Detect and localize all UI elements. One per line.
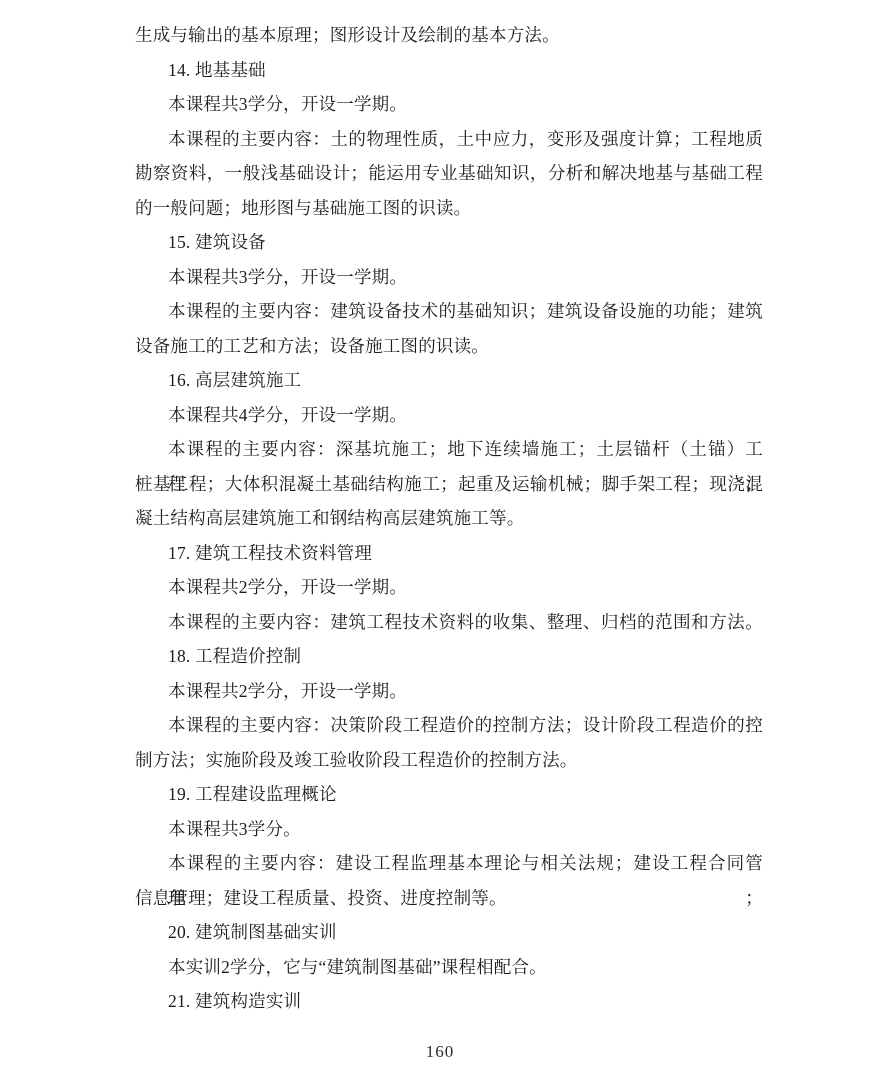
- text-line: 17. 建筑工程技术资料管理: [135, 536, 763, 571]
- text-line: 本课程共3学分，开设一学期。: [135, 87, 763, 122]
- text-line: 本课程的主要内容：深基坑施工；地下连续墙施工；土层锚杆（土锚）工程；: [135, 432, 763, 467]
- text-line: 设备施工的工艺和方法；设备施工图的识读。: [135, 329, 763, 364]
- text-line: 本课程的主要内容：土的物理性质，土中应力，变形及强度计算；工程地质: [135, 122, 763, 157]
- text-line: 21. 建筑构造实训: [135, 984, 763, 1019]
- document-text-block: 生成与输出的基本原理；图形设计及绘制的基本方法。14. 地基基础本课程共3学分，…: [135, 18, 763, 1019]
- text-line: 本课程共2学分，开设一学期。: [135, 570, 763, 605]
- text-line: 本课程共4学分，开设一学期。: [135, 398, 763, 433]
- text-line: 19. 工程建设监理概论: [135, 777, 763, 812]
- page-number: 160: [0, 1042, 880, 1062]
- text-line: 凝土结构高层建筑施工和钢结构高层建筑施工等。: [135, 501, 763, 536]
- text-line: 本课程共3学分。: [135, 812, 763, 847]
- text-line: 勘察资料，一般浅基础设计；能运用专业基础知识，分析和解决地基与基础工程: [135, 156, 763, 191]
- text-line: 本课程的主要内容：建筑工程技术资料的收集、整理、归档的范围和方法。: [135, 605, 763, 640]
- text-line: 15. 建筑设备: [135, 225, 763, 260]
- text-line: 生成与输出的基本原理；图形设计及绘制的基本方法。: [135, 18, 763, 53]
- text-line: 18. 工程造价控制: [135, 639, 763, 674]
- text-line: 本课程的主要内容：决策阶段工程造价的控制方法；设计阶段工程造价的控: [135, 708, 763, 743]
- text-line: 桩基工程；大体积混凝土基础结构施工；起重及运输机械；脚手架工程；现浇混: [135, 467, 763, 502]
- document-page: 生成与输出的基本原理；图形设计及绘制的基本方法。14. 地基基础本课程共3学分，…: [0, 0, 880, 1084]
- text-line: 本课程共2学分，开设一学期。: [135, 674, 763, 709]
- text-line: 本实训2学分，它与“建筑制图基础”课程相配合。: [135, 950, 763, 985]
- text-line: 本课程的主要内容：建设工程监理基本理论与相关法规；建设工程合同管理；: [135, 846, 763, 881]
- text-line: 14. 地基基础: [135, 53, 763, 88]
- text-line: 本课程共3学分，开设一学期。: [135, 260, 763, 295]
- text-line: 16. 高层建筑施工: [135, 363, 763, 398]
- text-line: 本课程的主要内容：建筑设备技术的基础知识；建筑设备设施的功能；建筑: [135, 294, 763, 329]
- text-line: 制方法；实施阶段及竣工验收阶段工程造价的控制方法。: [135, 743, 763, 778]
- text-line: 20. 建筑制图基础实训: [135, 915, 763, 950]
- text-line: 的一般问题；地形图与基础施工图的识读。: [135, 191, 763, 226]
